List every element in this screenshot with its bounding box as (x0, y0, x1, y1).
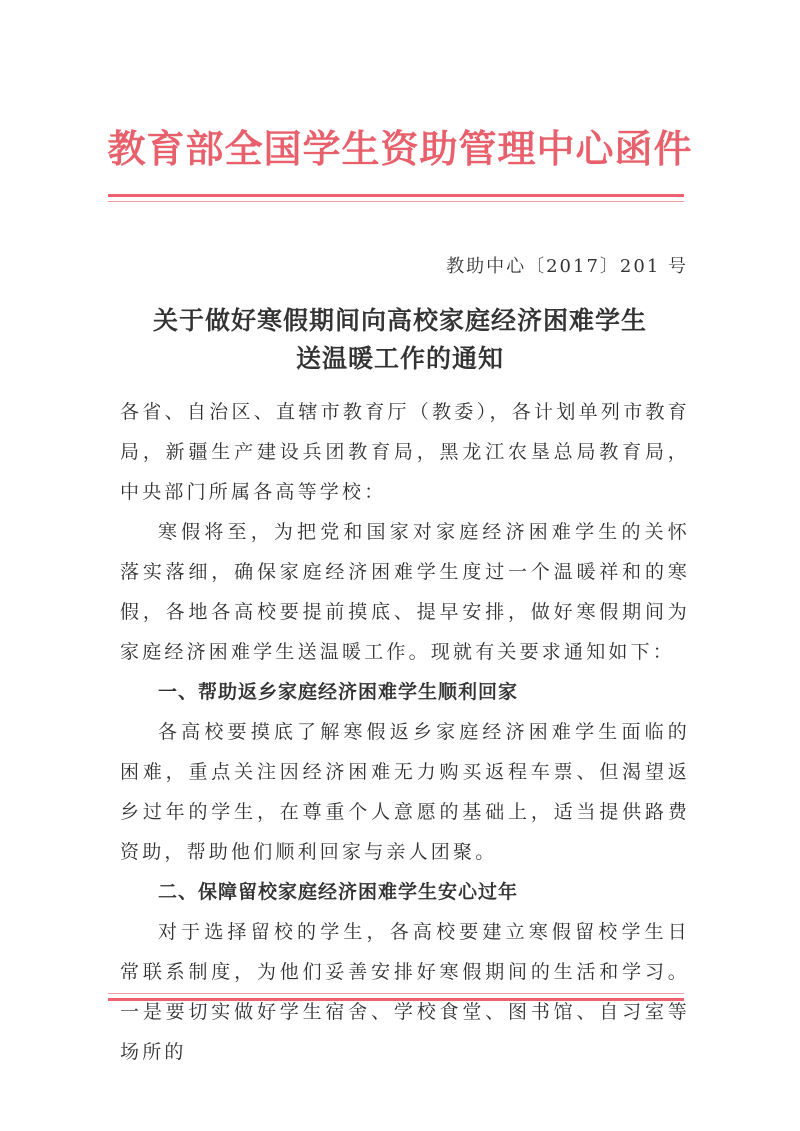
section-2-paragraph: 对于选择留校的学生，各高校要建立寒假留校学生日常联系制度，为他们妥善安排好寒假期… (120, 912, 690, 1072)
footer-rule-thick (108, 998, 684, 1001)
addressee: 各省、自治区、直辖市教育厅（教委），各计划单列市教育局，新疆生产建设兵团教育局，… (120, 392, 690, 512)
intro-paragraph: 寒假将至，为把党和国家对家庭经济困难学生的关怀落实落细，确保家庭经济困难学生度过… (120, 512, 690, 672)
header-rule-thin (108, 201, 684, 202)
section-1-heading: 一、帮助返乡家庭经济困难学生顺利回家 (120, 672, 690, 712)
section-2-heading: 二、保障留校家庭经济困难学生安心过年 (120, 872, 690, 912)
title-line-2: 送温暖工作的通知 (0, 340, 800, 378)
document-body: 各省、自治区、直辖市教育厅（教委），各计划单列市教育局，新疆生产建设兵团教育局，… (120, 392, 690, 1072)
document-title: 关于做好寒假期间向高校家庭经济困难学生 送温暖工作的通知 (0, 302, 800, 378)
header-rule-thick (108, 194, 684, 197)
masthead-title: 教育部全国学生资助管理中心函件 (0, 118, 800, 173)
title-line-1: 关于做好寒假期间向高校家庭经济困难学生 (0, 302, 800, 340)
footer-rule-thin (108, 993, 684, 994)
document-number: 教助中心〔2017〕201 号 (446, 252, 688, 278)
section-1-paragraph: 各高校要摸底了解寒假返乡家庭经济困难学生面临的困难，重点关注因经济困难无力购买返… (120, 712, 690, 872)
